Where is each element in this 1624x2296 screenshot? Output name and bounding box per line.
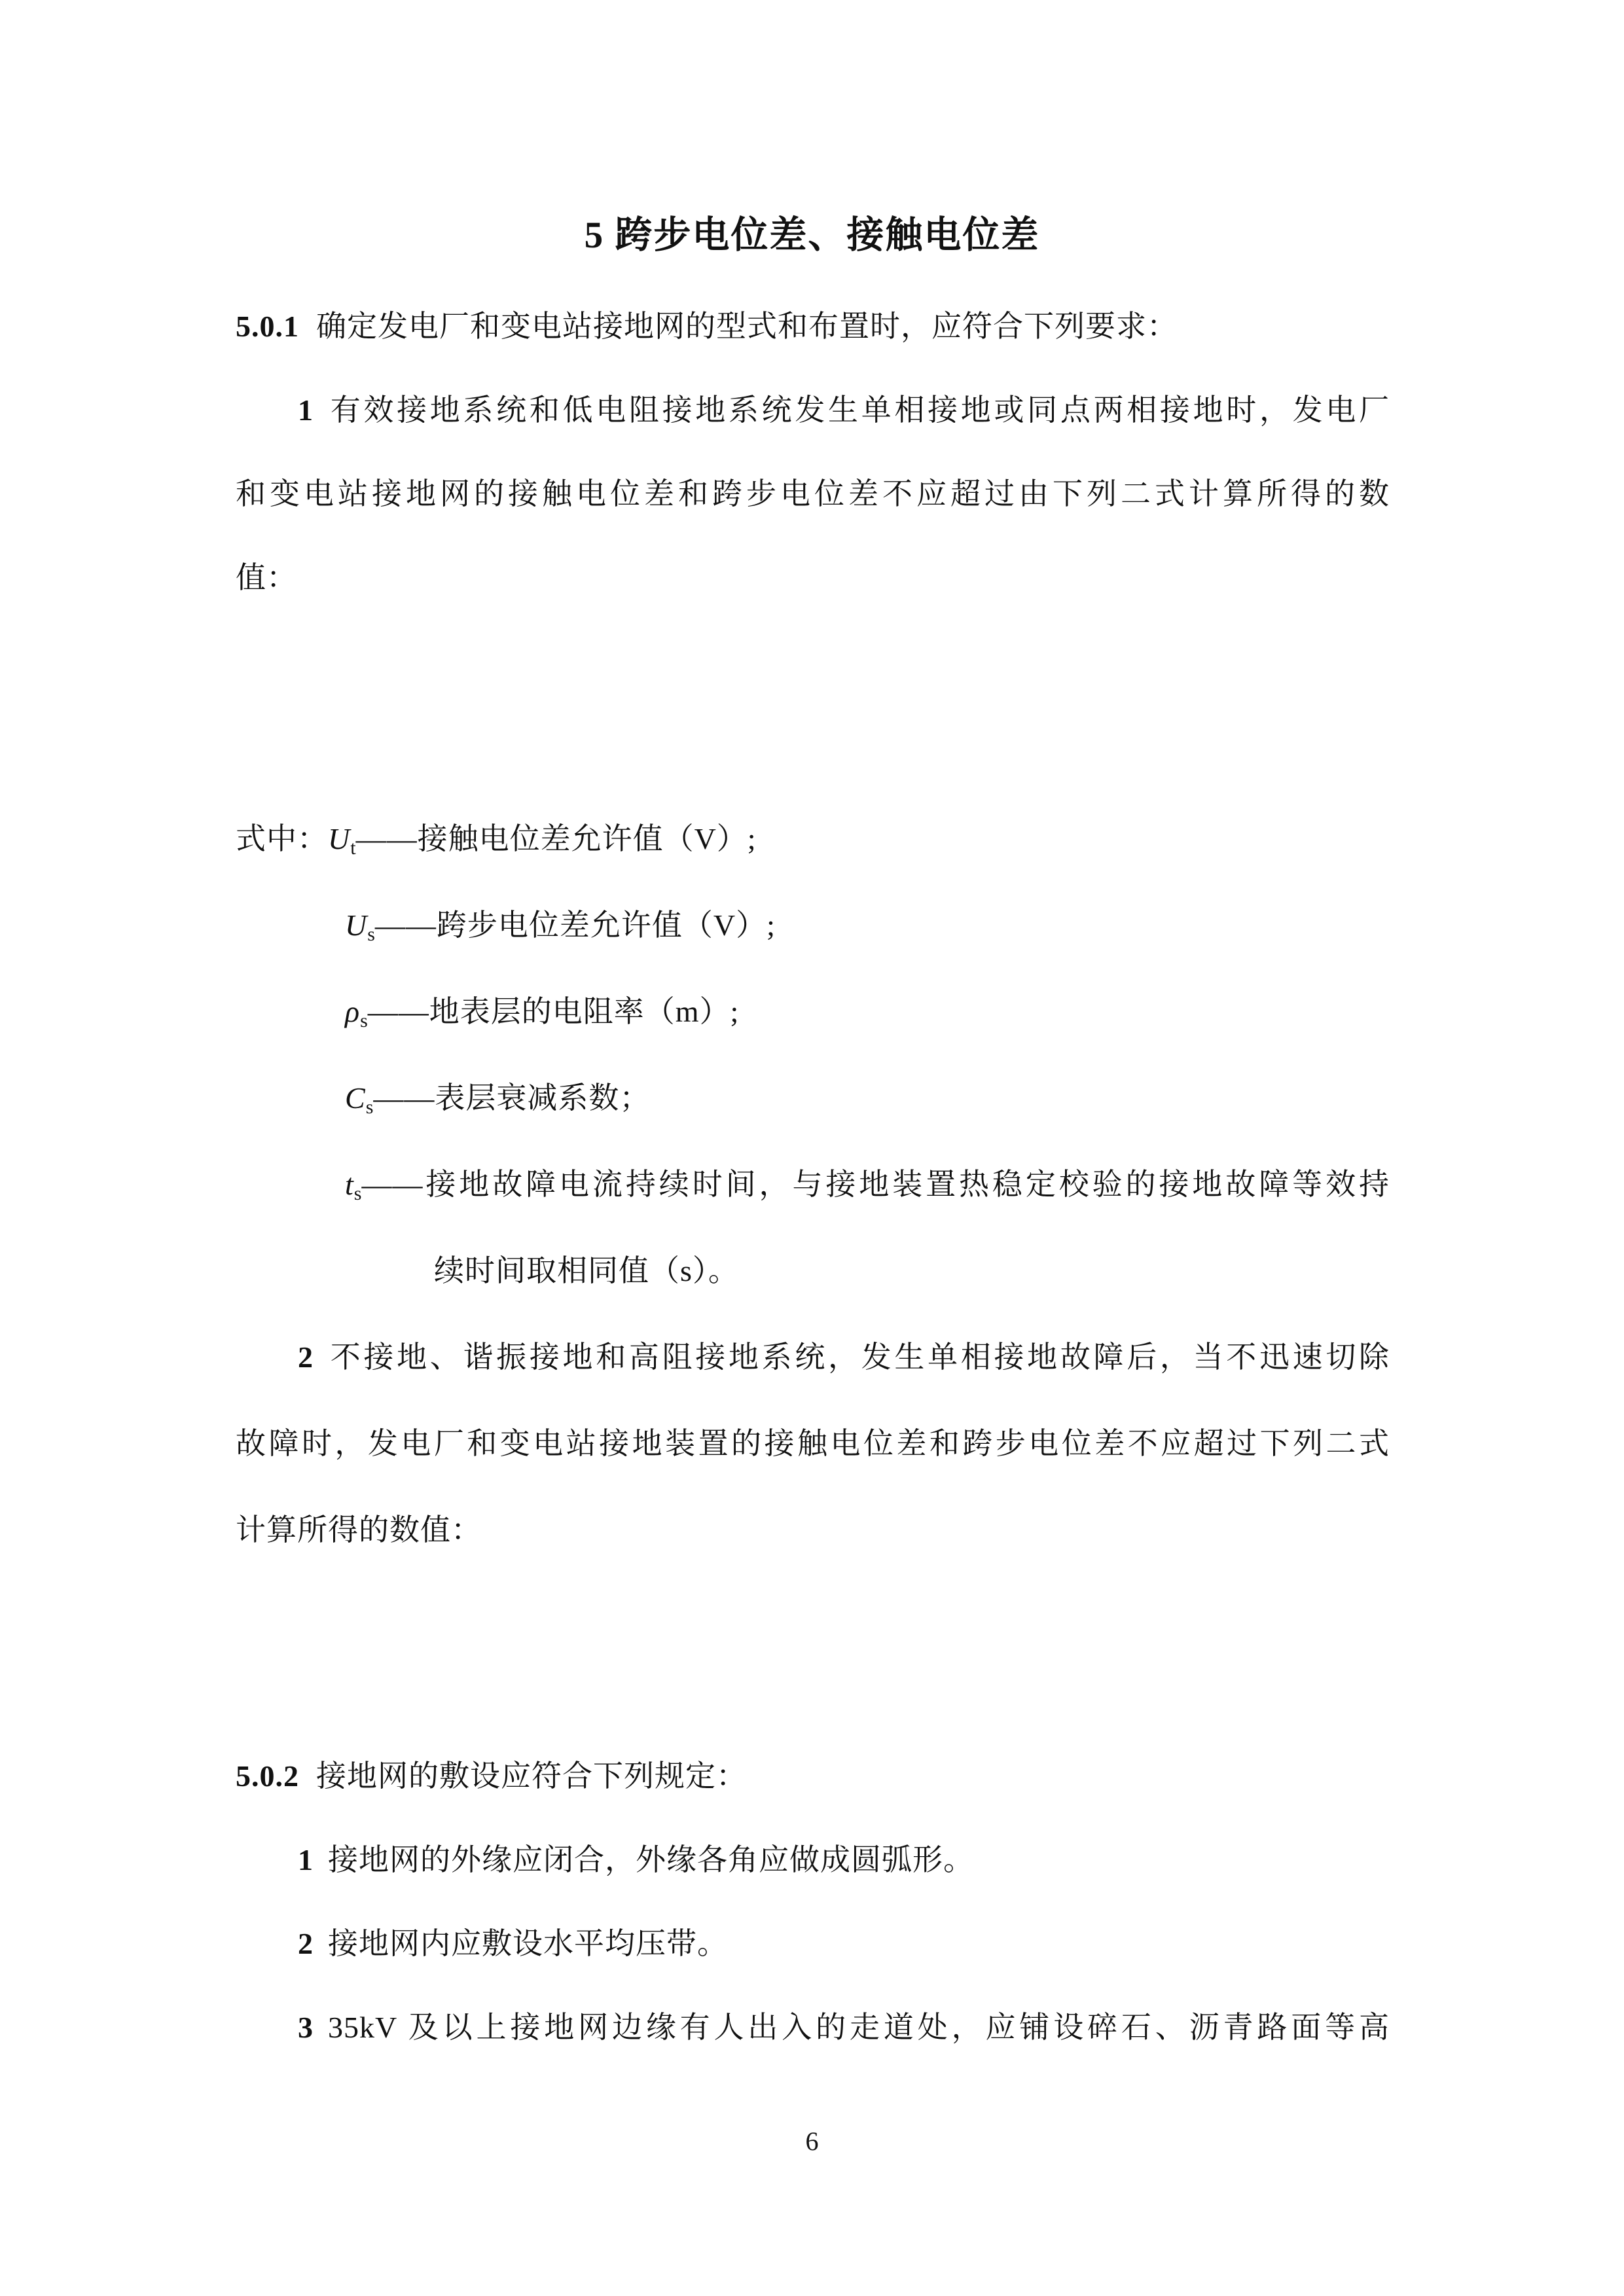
- item-number: 1: [298, 1843, 314, 1876]
- formula-placeholder-1: [236, 615, 1390, 798]
- item-1-line-3: 值：: [236, 559, 1390, 597]
- clause-5-0-2-item-2: 2接地网内应敷设水平均压带。: [236, 1925, 1390, 1963]
- variable-subscript: s: [354, 1183, 362, 1204]
- where-line-cs: Cs——表层衰减系数；: [236, 1079, 1390, 1120]
- where-line-ts: ts——接地故障电流持续时间，与接地装置热稳定校验的接地故障等效持: [236, 1166, 1390, 1206]
- definition-text: ——跨步电位差允许值（V）;: [375, 908, 776, 942]
- chapter-title: 5 跨步电位差、接触电位差: [0, 213, 1624, 258]
- page-number: 6: [0, 2126, 1624, 2157]
- where-prefix: 式中：: [236, 822, 328, 855]
- variable-subscript: s: [360, 1010, 368, 1031]
- variable-subscript: t: [350, 837, 355, 859]
- item-number: 2: [298, 1927, 314, 1960]
- item-text: 值：: [236, 561, 297, 594]
- definition-text: ——接触电位差允许值（V）;: [356, 822, 757, 855]
- clause-5-0-2-item-3: 335kV 及以上接地网边缘有人出入的走道处，应铺设碎石、沥青路面等高: [236, 2009, 1390, 2047]
- variable-symbol: t: [345, 1168, 354, 1201]
- item-text: 接地网的外缘应闭合，外缘各角应做成圆弧形。: [328, 1843, 974, 1876]
- variable-subscript: s: [366, 1096, 374, 1118]
- item-2-line-2: 故障时，发电厂和变电站接地装置的接触电位差和跨步电位差不应超过下列二式: [236, 1425, 1390, 1463]
- where-line-us: Us——跨步电位差允许值（V）;: [236, 906, 1390, 947]
- variable-symbol: ρ: [345, 995, 360, 1028]
- item-text: 35kV 及以上接地网边缘有人出入的走道处，应铺设碎石、沥青路面等高: [328, 2011, 1390, 2044]
- variable-symbol: C: [345, 1081, 366, 1115]
- item-text: 不接地、谐振接地和高阻接地系统，发生单相接地故障后，当不迅速切除: [328, 1340, 1390, 1374]
- document-page: 5 跨步电位差、接触电位差 5.0.1确定发电厂和变电站接地网的型式和布置时，应…: [0, 0, 1624, 2296]
- item-number: 2: [298, 1340, 314, 1374]
- clause-5-0-2-item-1: 1接地网的外缘应闭合，外缘各角应做成圆弧形。: [236, 1841, 1390, 1879]
- item-1-line-2: 和变电站接地网的接触电位差和跨步电位差不应超过由下列二式计算所得的数: [236, 475, 1390, 513]
- item-2-line-3: 计算所得的数值：: [236, 1511, 1390, 1549]
- where-line-rho: ρs——地表层的电阻率（m）;: [236, 993, 1390, 1033]
- clause-number: 5.0.1: [236, 310, 299, 343]
- item-number: 1: [298, 393, 314, 427]
- variable-symbol: U: [328, 822, 350, 855]
- definition-text: ——表层衰减系数；: [373, 1081, 650, 1115]
- item-2-line-1: 2不接地、谐振接地和高阻接地系统，发生单相接地故障后，当不迅速切除: [236, 1338, 1390, 1376]
- formula-placeholder-2: [236, 1571, 1390, 1734]
- clause-5-0-1-line: 5.0.1确定发电厂和变电站接地网的型式和布置时，应符合下列要求：: [236, 308, 1390, 346]
- where-line-ts-continuation: 续时间取相同值（s）。: [236, 1252, 1390, 1290]
- variable-symbol: U: [345, 908, 367, 942]
- definition-text: ——地表层的电阻率（m）;: [368, 995, 740, 1028]
- definition-text: ——接地故障电流持续时间，与接地装置热稳定校验的接地故障等效持: [361, 1168, 1390, 1201]
- clause-text: 确定发电厂和变电站接地网的型式和布置时，应符合下列要求：: [316, 310, 1178, 343]
- item-text: 计算所得的数值：: [236, 1513, 482, 1547]
- variable-subscript: s: [367, 924, 375, 945]
- item-text: 有效接地系统和低电阻接地系统发生单相接地或同点两相接地时，发电厂: [328, 393, 1390, 427]
- clause-5-0-2-line: 5.0.2接地网的敷设应符合下列规定：: [236, 1757, 1390, 1795]
- item-1-line-1: 1有效接地系统和低电阻接地系统发生单相接地或同点两相接地时，发电厂: [236, 391, 1390, 429]
- item-text: 接地网内应敷设水平均压带。: [328, 1927, 728, 1960]
- item-text: 故障时，发电厂和变电站接地装置的接触电位差和跨步电位差不应超过下列二式: [236, 1427, 1390, 1460]
- definition-text: 续时间取相同值（s）。: [434, 1254, 739, 1287]
- clause-number: 5.0.2: [236, 1759, 299, 1793]
- item-number: 3: [298, 2011, 314, 2044]
- clause-text: 接地网的敷设应符合下列规定：: [316, 1759, 747, 1793]
- item-text: 和变电站接地网的接触电位差和跨步电位差不应超过由下列二式计算所得的数: [236, 477, 1390, 511]
- where-line-ut: 式中：Ut——接触电位差允许值（V）;: [236, 820, 1390, 861]
